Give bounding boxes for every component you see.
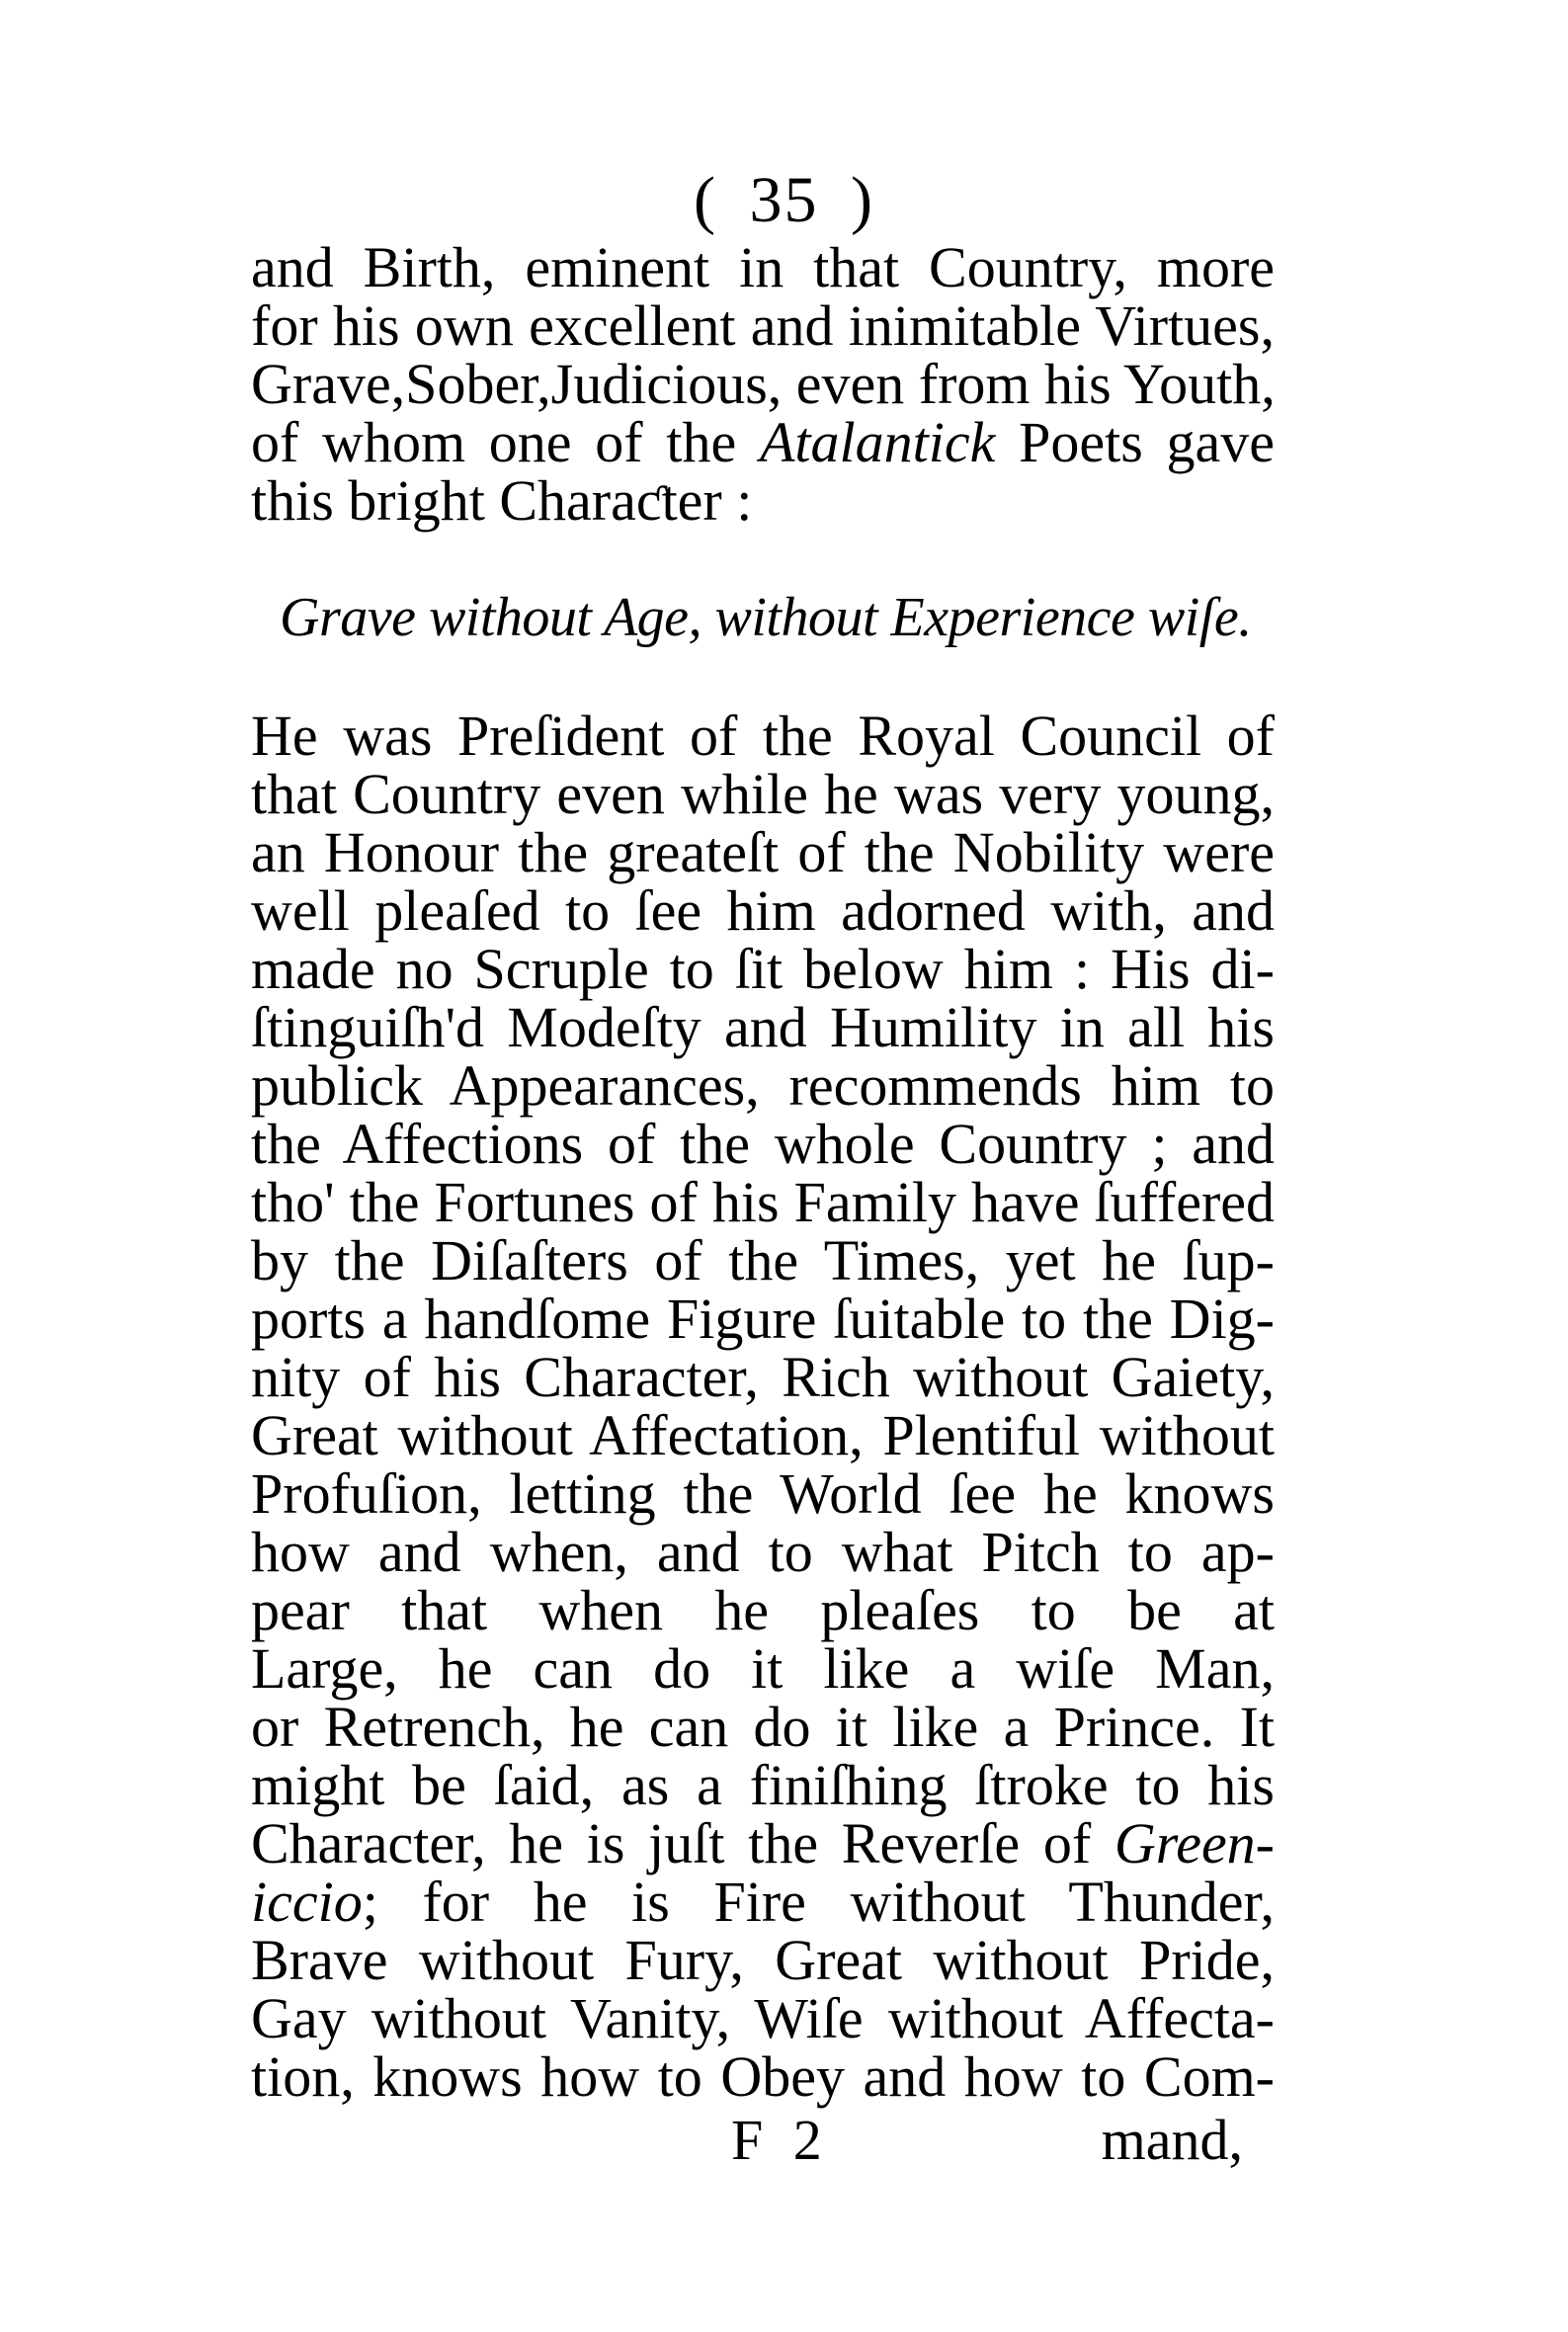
text-run: ; for he is Fire without Thunder, [363,1870,1275,1934]
text-line: Gay without Vanity, Wiſe without Affecta… [251,1989,1275,2047]
text-line: publick Appearances, recommends him to [251,1056,1275,1115]
text-line: Brave without Fury, Great without Pride, [251,1931,1275,1989]
italic-quotation: Grave without Age, without Experience wi… [280,589,1268,647]
text-line: tion, knows how to Obey and how to Com- [251,2047,1275,2106]
text-run: of whom one of the [251,410,760,474]
italic-name: iccio [251,1870,363,1934]
text-run: Character, he is juſt the Reverſe of [251,1811,1114,1875]
text-line: Great without Affectation, Plentiful wit… [251,1406,1275,1464]
page-footer: F 2 mand, [251,2111,1275,2169]
text-line: for his own excellent and inimitable Vir… [251,296,1275,355]
signature-mark: F 2 [731,2111,822,2169]
text-line: pear that when he pleaſes to be at [251,1581,1275,1639]
paragraph-2: He was Preſident of the Royal Council of… [251,707,1275,2106]
text-line: and Birth, eminent in that Country, more [251,238,1275,296]
italic-name: Green- [1114,1811,1275,1875]
text-line: that Country even while he was very youn… [251,765,1275,823]
text-line: an Honour the greateſt of the Nobility w… [251,823,1275,881]
text-line: well pleaſed to ſee him adorned with, an… [251,881,1275,940]
text-line: ports a handſome Figure ſuitable to the … [251,1290,1275,1348]
text-line: how and when, and to what Pitch to ap- [251,1523,1275,1581]
text-line: iccio; for he is Fire without Thunder, [251,1873,1275,1931]
text-line: might be ſaid, as a finiſhing ſtroke to … [251,1756,1275,1814]
text-line: tho' the Fortunes of his Family have ſuf… [251,1173,1275,1231]
text-line: Large, he can do it like a wiſe Man, [251,1639,1275,1698]
paragraph-1: and Birth, eminent in that Country, more… [251,238,1275,530]
text-line: ſtinguiſh'd Modeſty and Humility in all … [251,998,1275,1056]
text-line: or Retrench, he can do it like a Prince.… [251,1698,1275,1756]
text-line: made no Scruple to ſit below him : His d… [251,940,1275,998]
italic-place-name: Atalantick [760,410,995,474]
text-line: of whom one of the Atalantick Poets gave [251,413,1275,471]
text-line: Grave,Sober,Judicious, even from his You… [251,355,1275,413]
text-line: Character, he is juſt the Reverſe of Gre… [251,1814,1275,1873]
text-line: this bright Charaƈter : [251,471,1275,530]
text-line: nity of his Character, Rich without Gaie… [251,1348,1275,1406]
text-line: Profuſion, letting the World ſee he know… [251,1464,1275,1523]
text-line: by the Diſaſters of the Times, yet he ſu… [251,1231,1275,1290]
text-line: the Affections of the whole Country ; an… [251,1115,1275,1173]
page-number: ( 35 ) [0,156,1568,245]
text-run: Poets gave [995,410,1275,474]
catchword: mand, [1102,2111,1243,2169]
text-line: He was Preſident of the Royal Council of [251,707,1275,765]
